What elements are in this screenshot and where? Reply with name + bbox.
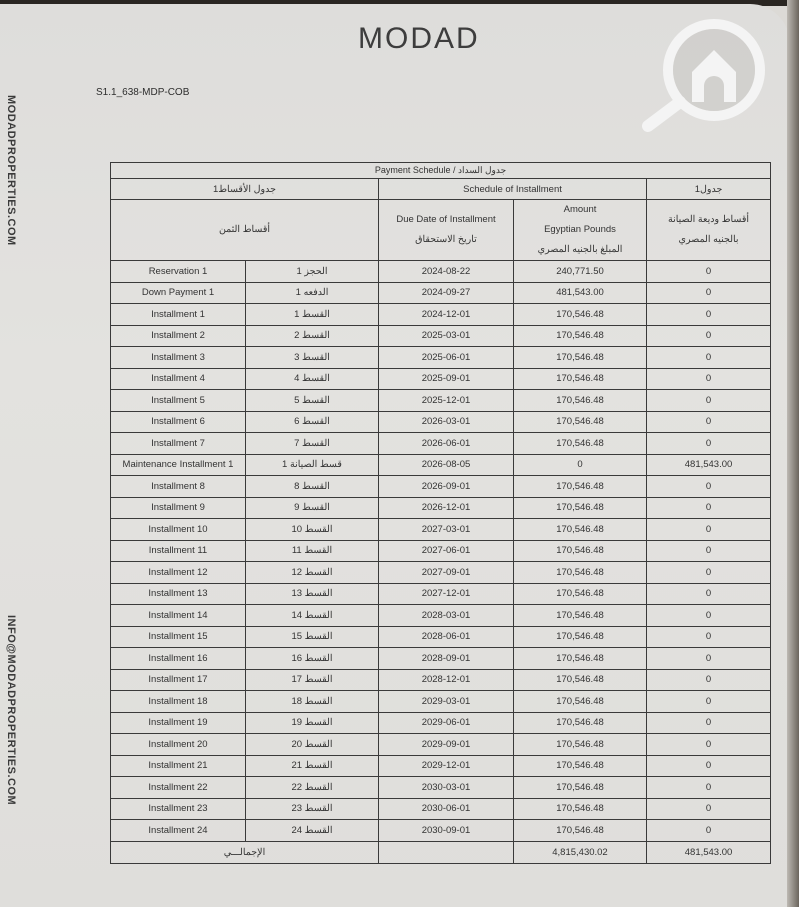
amount: 170,546.48: [514, 390, 647, 412]
table-row: Installment 17القسط 172028-12-01170,546.…: [111, 669, 771, 691]
table-row: Installment 12القسط 122027-09-01170,546.…: [111, 562, 771, 584]
table-row: Installment 1القسط 12024-12-01170,546.48…: [111, 304, 771, 326]
amount: 170,546.48: [514, 798, 647, 820]
photo-background-right: [787, 0, 799, 907]
table-row: Installment 6القسط 62026-03-01170,546.48…: [111, 411, 771, 433]
maintenance-amount: 0: [647, 562, 771, 584]
installment-name-en: Installment 24: [111, 820, 246, 842]
installment-name-ar: القسط 22: [246, 777, 379, 799]
due-date-label-ar: تاريخ الاستحقاق: [379, 230, 513, 250]
amount-label-en: Amount: [514, 200, 646, 220]
installment-name-en: Installment 12: [111, 562, 246, 584]
due-date: 2028-12-01: [379, 669, 514, 691]
due-date: 2027-12-01: [379, 583, 514, 605]
maintenance-label-ar: أقساط وديعة الصيانة: [647, 210, 770, 230]
maintenance-label-ar-2: بالجنيه المصري: [647, 230, 770, 250]
maintenance-amount: 0: [647, 368, 771, 390]
maintenance-amount: 481,543.00: [647, 454, 771, 476]
maintenance-amount: 0: [647, 433, 771, 455]
installment-name-en: Installment 19: [111, 712, 246, 734]
maintenance-amount: 0: [647, 734, 771, 756]
table-row: Installment 3القسط 32025-06-01170,546.48…: [111, 347, 771, 369]
table-row: Down Payment 1الدفعه 12024-09-27481,543.…: [111, 282, 771, 304]
due-date: 2029-03-01: [379, 691, 514, 713]
column-header-maintenance: أقساط وديعة الصيانة بالجنيه المصري: [647, 200, 771, 261]
due-date: 2026-08-05: [379, 454, 514, 476]
maintenance-amount: 0: [647, 325, 771, 347]
amount: 170,546.48: [514, 347, 647, 369]
table-row: Installment 11القسط 112027-06-01170,546.…: [111, 540, 771, 562]
due-date: 2026-06-01: [379, 433, 514, 455]
maintenance-amount: 0: [647, 583, 771, 605]
table-row: Installment 5القسط 52025-12-01170,546.48…: [111, 390, 771, 412]
amount: 170,546.48: [514, 583, 647, 605]
table-row: Installment 9القسط 92026-12-01170,546.48…: [111, 497, 771, 519]
company-logo: MODAD: [358, 22, 480, 56]
installment-name-ar: الحجز 1: [246, 261, 379, 283]
installment-name-en: Down Payment 1: [111, 282, 246, 304]
amount: 170,546.48: [514, 562, 647, 584]
installment-name-en: Installment 18: [111, 691, 246, 713]
installment-name-en: Maintenance Installment 1: [111, 454, 246, 476]
amount: 170,546.48: [514, 755, 647, 777]
installment-name-en: Reservation 1: [111, 261, 246, 283]
maintenance-amount: 0: [647, 669, 771, 691]
installment-name-ar: القسط 3: [246, 347, 379, 369]
amount: 170,546.48: [514, 304, 647, 326]
payment-schedule-table: Payment Schedule / جدول السداد جدول الأق…: [110, 162, 771, 864]
installment-name-ar: القسط 4: [246, 368, 379, 390]
column-header-amount: Amount Egyptian Pounds المبلغ بالجنيه ال…: [514, 200, 647, 261]
due-date: 2028-09-01: [379, 648, 514, 670]
amount: 170,546.48: [514, 777, 647, 799]
installment-name-en: Installment 14: [111, 605, 246, 627]
total-amount: 4,815,430.02: [514, 841, 647, 863]
total-label: الإجمالـــي: [111, 841, 379, 863]
group-header-installments-ar: جدول الأقساط1: [111, 179, 379, 200]
installment-name-ar: القسط 11: [246, 540, 379, 562]
maintenance-amount: 0: [647, 605, 771, 627]
maintenance-amount: 0: [647, 540, 771, 562]
due-date: 2026-12-01: [379, 497, 514, 519]
installment-name-ar: القسط 12: [246, 562, 379, 584]
maintenance-amount: 0: [647, 712, 771, 734]
maintenance-amount: 0: [647, 820, 771, 842]
due-date: 2024-08-22: [379, 261, 514, 283]
due-date: 2025-03-01: [379, 325, 514, 347]
installment-name-en: Installment 2: [111, 325, 246, 347]
installment-name-ar: القسط 13: [246, 583, 379, 605]
amount: 170,546.48: [514, 519, 647, 541]
table-row: Installment 8القسط 82026-09-01170,546.48…: [111, 476, 771, 498]
installment-name-en: Installment 3: [111, 347, 246, 369]
due-date: 2028-03-01: [379, 605, 514, 627]
installment-name-ar: القسط 17: [246, 669, 379, 691]
amount: 170,546.48: [514, 368, 647, 390]
amount: 170,546.48: [514, 497, 647, 519]
due-date: 2027-09-01: [379, 562, 514, 584]
due-date: 2030-09-01: [379, 820, 514, 842]
table-row: Installment 19القسط 192029-06-01170,546.…: [111, 712, 771, 734]
amount: 170,546.48: [514, 669, 647, 691]
amount: 170,546.48: [514, 605, 647, 627]
installment-name-en: Installment 13: [111, 583, 246, 605]
installment-name-ar: القسط 19: [246, 712, 379, 734]
maintenance-amount: 0: [647, 261, 771, 283]
installment-name-en: Installment 15: [111, 626, 246, 648]
house-search-icon: [636, 14, 766, 134]
maintenance-amount: 0: [647, 798, 771, 820]
installment-name-ar: القسط 5: [246, 390, 379, 412]
side-email-text: INFO@MODADPROPERTIES.COM: [5, 615, 17, 805]
installment-name-en: Installment 23: [111, 798, 246, 820]
installment-name-ar: القسط 10: [246, 519, 379, 541]
amount: 481,543.00: [514, 282, 647, 304]
installment-name-en: Installment 4: [111, 368, 246, 390]
installment-name-ar: القسط 2: [246, 325, 379, 347]
group-header-schedule: Schedule of Installment: [379, 179, 647, 200]
column-header-installment: أقساط الثمن: [111, 200, 379, 261]
amount: 0: [514, 454, 647, 476]
amount-currency-label: Egyptian Pounds: [514, 220, 646, 240]
installment-name-ar: قسط الصيانة 1: [246, 454, 379, 476]
due-date: 2025-09-01: [379, 368, 514, 390]
installment-name-ar: القسط 18: [246, 691, 379, 713]
amount: 170,546.48: [514, 540, 647, 562]
table-row: Installment 16القسط 162028-09-01170,546.…: [111, 648, 771, 670]
installment-name-en: Installment 6: [111, 411, 246, 433]
amount: 170,546.48: [514, 734, 647, 756]
installment-name-en: Installment 8: [111, 476, 246, 498]
amount: 170,546.48: [514, 691, 647, 713]
due-date: 2030-03-01: [379, 777, 514, 799]
installment-name-en: Installment 7: [111, 433, 246, 455]
due-date: 2028-06-01: [379, 626, 514, 648]
table-row: Installment 15القسط 152028-06-01170,546.…: [111, 626, 771, 648]
installment-name-ar: الدفعه 1: [246, 282, 379, 304]
maintenance-amount: 0: [647, 626, 771, 648]
side-website-text: MODADPROPERTIES.COM: [5, 95, 17, 246]
table-row: Reservation 1الحجز 12024-08-22240,771.50…: [111, 261, 771, 283]
maintenance-amount: 0: [647, 390, 771, 412]
installment-name-ar: القسط 24: [246, 820, 379, 842]
table-row: Installment 7القسط 72026-06-01170,546.48…: [111, 433, 771, 455]
maintenance-amount: 0: [647, 411, 771, 433]
installment-name-en: Installment 22: [111, 777, 246, 799]
due-date: 2026-03-01: [379, 411, 514, 433]
table-title: Payment Schedule / جدول السداد: [111, 163, 771, 179]
installment-name-en: Installment 17: [111, 669, 246, 691]
due-date: 2027-03-01: [379, 519, 514, 541]
due-date: 2024-12-01: [379, 304, 514, 326]
amount: 170,546.48: [514, 325, 647, 347]
table-row: Installment 2القسط 22025-03-01170,546.48…: [111, 325, 771, 347]
due-date-label-en: Due Date of Installment: [379, 210, 513, 230]
due-date: 2025-06-01: [379, 347, 514, 369]
due-date: 2030-06-01: [379, 798, 514, 820]
installment-name-ar: القسط 21: [246, 755, 379, 777]
installment-name-ar: القسط 8: [246, 476, 379, 498]
maintenance-amount: 0: [647, 347, 771, 369]
installment-name-ar: القسط 23: [246, 798, 379, 820]
installment-name-ar: القسط 1: [246, 304, 379, 326]
installment-name-en: Installment 9: [111, 497, 246, 519]
table-row: Maintenance Installment 1قسط الصيانة 120…: [111, 454, 771, 476]
table-row: Installment 22القسط 222030-03-01170,546.…: [111, 777, 771, 799]
amount: 170,546.48: [514, 433, 647, 455]
maintenance-amount: 0: [647, 648, 771, 670]
installment-name-en: Installment 10: [111, 519, 246, 541]
installment-name-en: Installment 1: [111, 304, 246, 326]
group-header-table1-ar: جدول1: [647, 179, 771, 200]
amount: 170,546.48: [514, 712, 647, 734]
total-date: [379, 841, 514, 863]
due-date: 2027-06-01: [379, 540, 514, 562]
maintenance-amount: 0: [647, 519, 771, 541]
document-reference: S1.1_638-MDP-COB: [96, 87, 189, 98]
amount: 170,546.48: [514, 648, 647, 670]
table-row: Installment 4القسط 42025-09-01170,546.48…: [111, 368, 771, 390]
amount: 240,771.50: [514, 261, 647, 283]
table-row: Installment 20القسط 202029-09-01170,546.…: [111, 734, 771, 756]
maintenance-amount: 0: [647, 755, 771, 777]
total-maintenance: 481,543.00: [647, 841, 771, 863]
amount: 170,546.48: [514, 626, 647, 648]
maintenance-amount: 0: [647, 777, 771, 799]
table-row: Installment 23القسط 232030-06-01170,546.…: [111, 798, 771, 820]
amount: 170,546.48: [514, 411, 647, 433]
due-date: 2029-12-01: [379, 755, 514, 777]
maintenance-amount: 0: [647, 691, 771, 713]
amount: 170,546.48: [514, 820, 647, 842]
installment-name-ar: القسط 6: [246, 411, 379, 433]
installment-name-ar: القسط 16: [246, 648, 379, 670]
table-row: Installment 18القسط 182029-03-01170,546.…: [111, 691, 771, 713]
amount-label-ar: المبلغ بالجنيه المصري: [514, 240, 646, 260]
amount: 170,546.48: [514, 476, 647, 498]
maintenance-amount: 0: [647, 497, 771, 519]
installment-name-ar: القسط 9: [246, 497, 379, 519]
total-row: الإجمالـــي4,815,430.02481,543.00: [111, 841, 771, 863]
due-date: 2024-09-27: [379, 282, 514, 304]
table-row: Installment 24القسط 242030-09-01170,546.…: [111, 820, 771, 842]
due-date: 2025-12-01: [379, 390, 514, 412]
installment-name-en: Installment 21: [111, 755, 246, 777]
installment-name-ar: القسط 20: [246, 734, 379, 756]
due-date: 2029-06-01: [379, 712, 514, 734]
due-date: 2029-09-01: [379, 734, 514, 756]
installment-name-en: Installment 11: [111, 540, 246, 562]
installment-name-ar: القسط 14: [246, 605, 379, 627]
installment-name-en: Installment 16: [111, 648, 246, 670]
table-row: Installment 14القسط 142028-03-01170,546.…: [111, 605, 771, 627]
table-row: Installment 21القسط 212029-12-01170,546.…: [111, 755, 771, 777]
maintenance-amount: 0: [647, 476, 771, 498]
table-row: Installment 13القسط 132027-12-01170,546.…: [111, 583, 771, 605]
installment-name-en: Installment 5: [111, 390, 246, 412]
installment-name-ar: القسط 7: [246, 433, 379, 455]
maintenance-amount: 0: [647, 282, 771, 304]
installment-name-en: Installment 20: [111, 734, 246, 756]
maintenance-amount: 0: [647, 304, 771, 326]
due-date: 2026-09-01: [379, 476, 514, 498]
column-header-due-date: Due Date of Installment تاريخ الاستحقاق: [379, 200, 514, 261]
table-row: Installment 10القسط 102027-03-01170,546.…: [111, 519, 771, 541]
installment-name-ar: القسط 15: [246, 626, 379, 648]
